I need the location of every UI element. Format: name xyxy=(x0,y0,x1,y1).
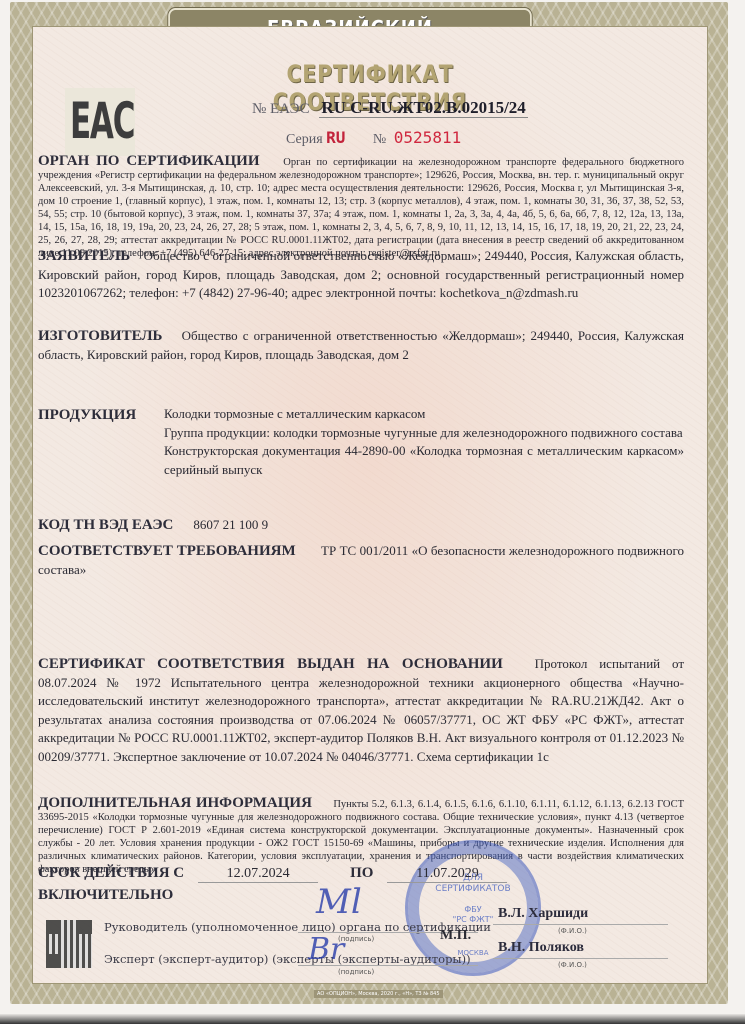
expert-name-line xyxy=(493,958,668,959)
certification-body-heading: ОРГАН ПО СЕРТИФИКАЦИИ xyxy=(38,153,260,169)
expert-signature-caption: (подпись) xyxy=(338,968,374,976)
validity-period: СРОК ДЕЙСТВИЯ С 12.07.2024 ПО 11.07.2029… xyxy=(38,864,517,904)
applicant-heading: ЗАЯВИТЕЛЬ xyxy=(38,248,130,264)
validity-to-date: 11.07.2029 xyxy=(387,866,507,883)
series-value: RU xyxy=(326,128,345,147)
product-documentation: Конструкторская документация 44-2890-00 … xyxy=(164,442,684,479)
issue-basis-section: СЕРТИФИКАТ СООТВЕТСТВИЯ ВЫДАН НА ОСНОВАН… xyxy=(38,655,684,766)
printer-imprint: АО «ОПЦИОН», Москва, 2020 г., «Н», ТЗ № … xyxy=(314,990,443,998)
signatures-block: Руководитель (уполномоченное лицо) орган… xyxy=(38,910,684,980)
requirements-heading: СООТВЕТСТВУЕТ ТРЕБОВАНИЯМ xyxy=(38,543,296,559)
eac-logo-icon: ЕАС xyxy=(70,92,134,150)
validity-inclusive-label: ВКЛЮЧИТЕЛЬНО xyxy=(38,887,517,904)
registration-number-row: № ЕАЭС RU C-RU.ЖТ02.В.02015/24 xyxy=(252,98,528,118)
head-name-caption: (Ф.И.О.) xyxy=(558,927,587,935)
certification-body-section: ОРГАН ПО СЕРТИФИКАЦИИ Орган по сертифика… xyxy=(38,155,684,260)
validity-to-label: ПО xyxy=(350,865,373,881)
blank-number: 0525811 xyxy=(394,128,461,147)
head-name-line xyxy=(493,924,668,925)
manufacturer-heading: ИЗГОТОВИТЕЛЬ xyxy=(38,328,162,344)
registration-number: RU C-RU.ЖТ02.В.02015/24 xyxy=(319,98,527,118)
tnved-code-section: КОД ТН ВЭД ЕАЭС 8607 21 100 9 xyxy=(38,515,684,535)
product-section: ПРОДУКЦИЯ Колодки тормозные с металличес… xyxy=(38,405,684,425)
issue-basis-text: Протокол испытаний от 08.07.2024 № 1972 … xyxy=(38,656,684,764)
product-group: Группа продукции: колодки тормозные чугу… xyxy=(164,424,684,443)
head-handwritten-signature: Ml xyxy=(316,882,362,922)
validity-from-date: 12.07.2024 xyxy=(198,866,318,883)
series-label: Серия xyxy=(286,132,323,147)
series-row: Серия RU № 0525811 xyxy=(286,128,461,148)
additional-info-heading: ДОПОЛНИТЕЛЬНАЯ ИНФОРМАЦИЯ xyxy=(38,795,312,811)
product-name: Колодки тормозные с металлическим каркас… xyxy=(164,405,684,424)
product-heading: ПРОДУКЦИЯ xyxy=(38,407,136,423)
registration-label: № ЕАЭС xyxy=(252,101,310,117)
seal-label: М.П. xyxy=(440,928,471,944)
tnved-heading: КОД ТН ВЭД ЕАЭС xyxy=(38,517,173,533)
expert-name-caption: (Ф.И.О.) xyxy=(558,961,587,969)
expert-signatory-name: В.Н. Поляков xyxy=(498,940,584,956)
requirements-section: СООТВЕТСТВУЕТ ТРЕБОВАНИЯМ ТР ТС 001/2011… xyxy=(38,542,684,579)
scan-edge xyxy=(0,1014,745,1024)
expert-handwritten-signature: Br xyxy=(308,932,344,967)
certification-body-text: Орган по сертификации на железнодорожном… xyxy=(38,157,684,259)
manufacturer-section: ИЗГОТОВИТЕЛЬ Общество с ограниченной отв… xyxy=(38,327,684,364)
tnved-code: 8607 21 100 9 xyxy=(193,517,268,532)
validity-from-label: СРОК ДЕЙСТВИЯ С xyxy=(38,865,184,881)
applicant-section: ЗАЯВИТЕЛЬ Общество с ограниченной ответс… xyxy=(38,247,684,303)
issue-basis-heading: СЕРТИФИКАТ СООТВЕТСТВИЯ ВЫДАН НА ОСНОВАН… xyxy=(38,656,503,672)
qr-code-icon[interactable] xyxy=(46,920,92,968)
head-signatory-name: В.Л. Харшиди xyxy=(498,906,588,922)
product-description: Колодки тормозные с металлическим каркас… xyxy=(164,405,684,479)
applicant-text: Общество с ограниченной ответственностью… xyxy=(38,248,684,300)
blank-number-label: № xyxy=(373,132,386,147)
